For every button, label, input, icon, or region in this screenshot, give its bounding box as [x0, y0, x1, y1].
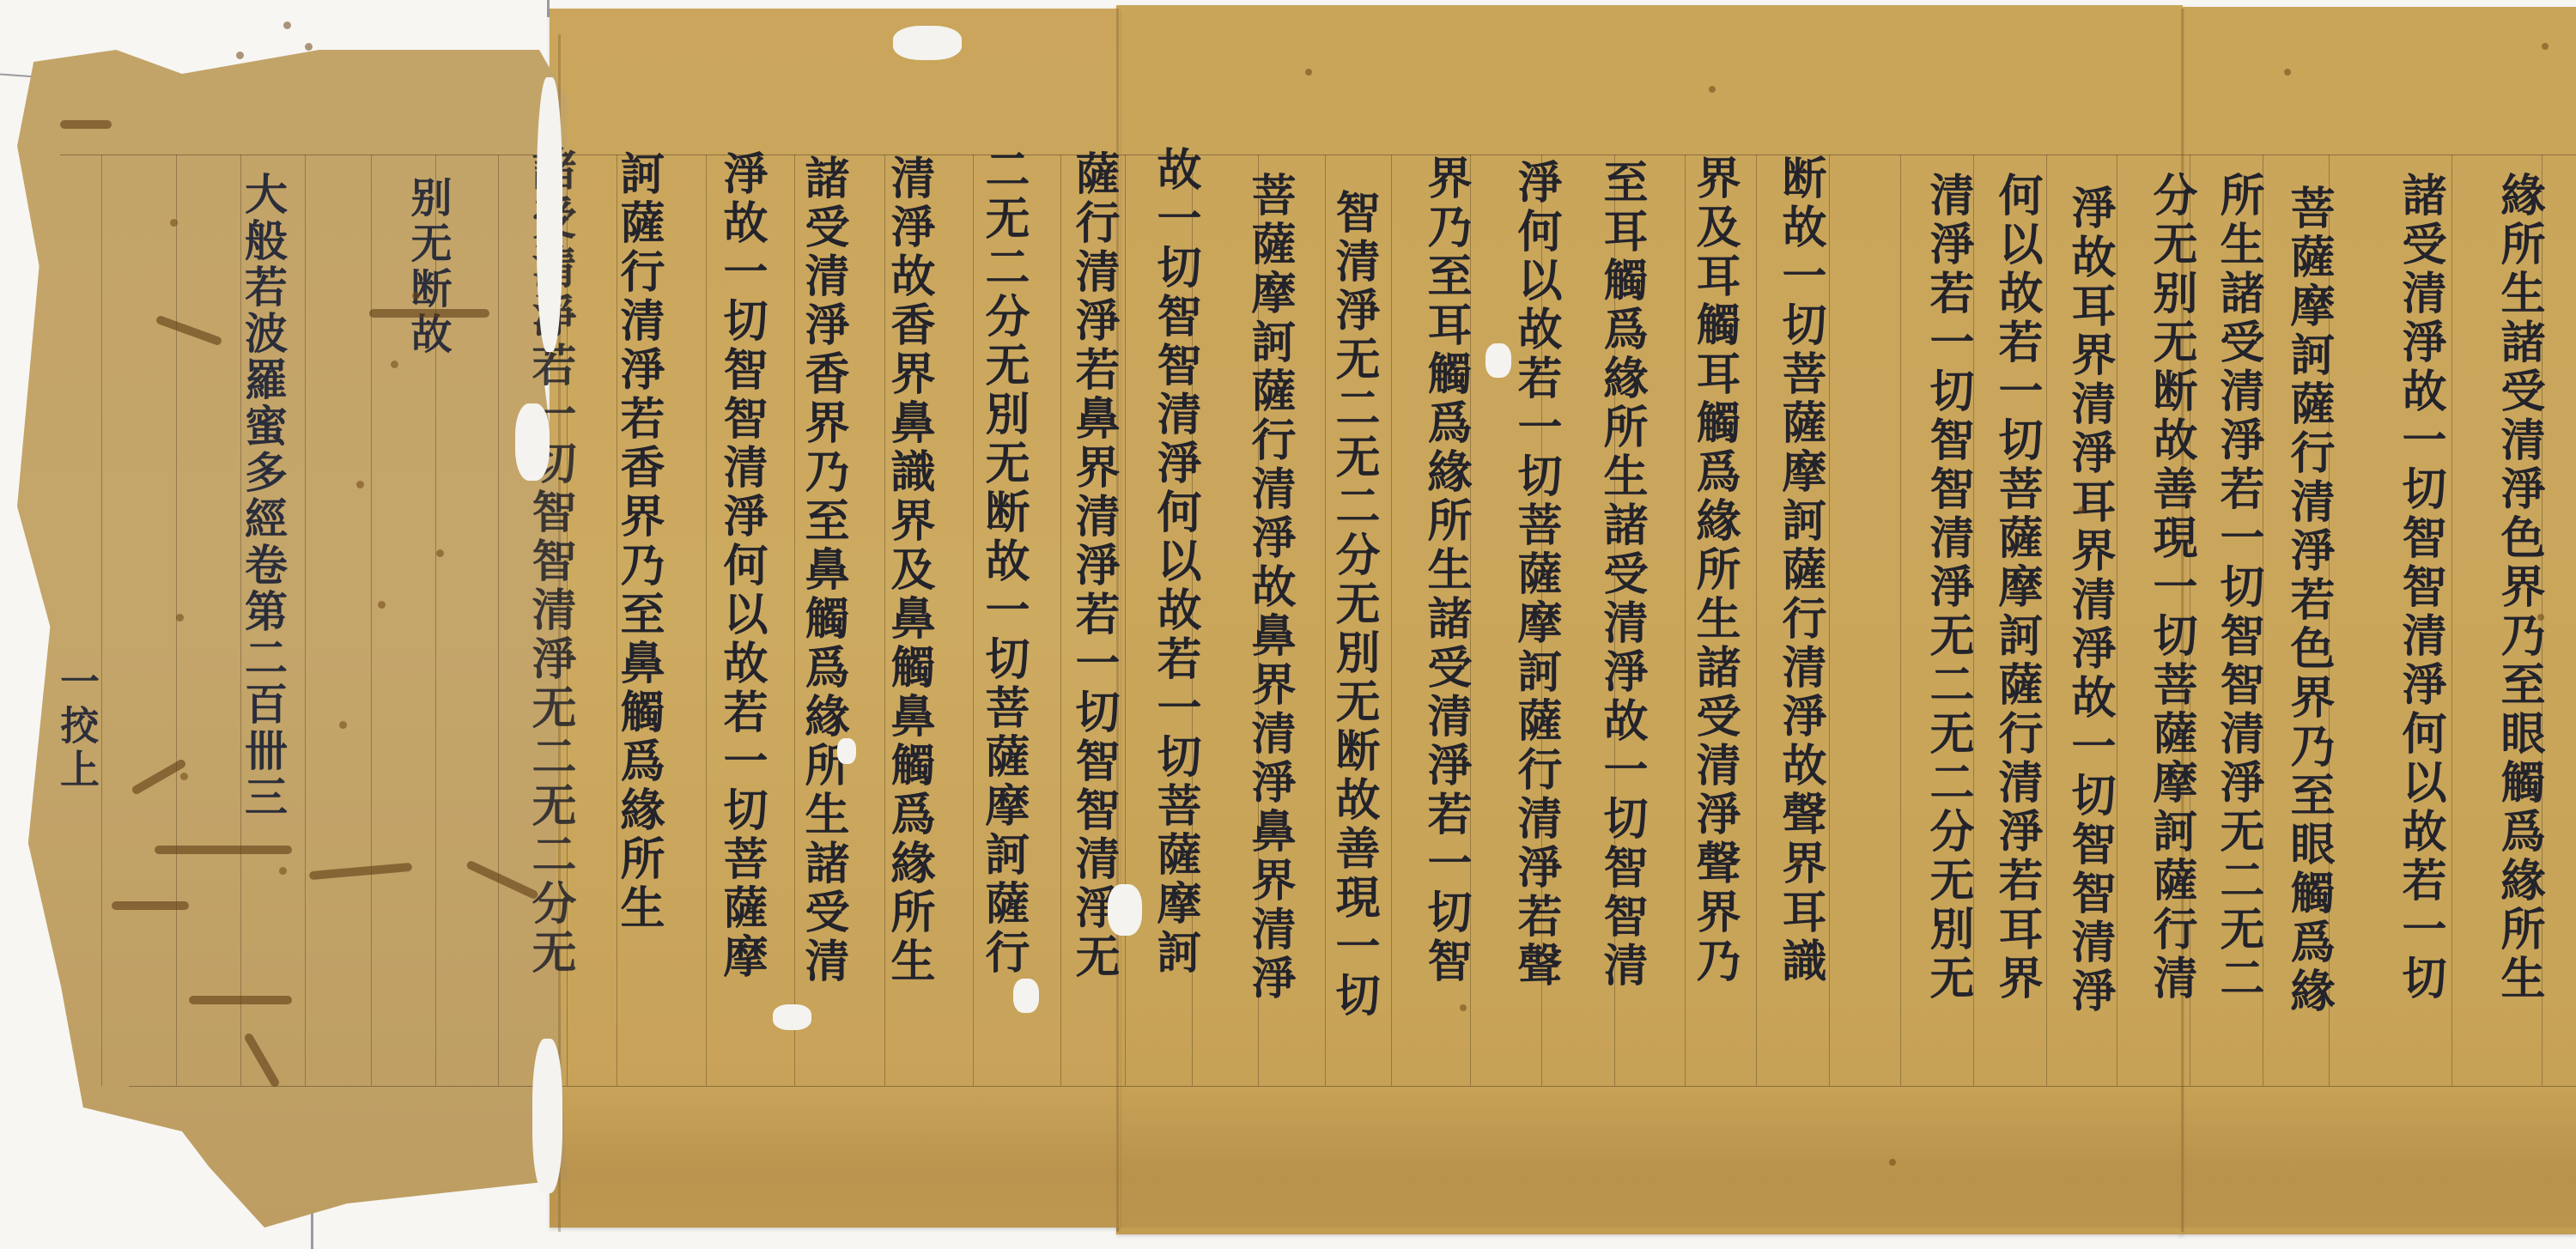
stain-dot — [236, 52, 244, 59]
column-ruling — [706, 155, 707, 1086]
column-ruling — [2046, 155, 2047, 1086]
stain-dot — [283, 21, 291, 29]
sutra-title: 大般若波羅蜜多經卷第二百卌三 — [239, 172, 287, 821]
column-ruling — [498, 155, 499, 1086]
top-ruling — [60, 155, 2576, 155]
column-ruling — [2117, 155, 2117, 1086]
bottom-ruling — [129, 1086, 2576, 1087]
stain-dot — [391, 361, 398, 368]
sutra-scroll: 大般若波羅蜜多經卷第二百卌三 别无断故 一挍上 緣所生諸受清淨色界乃至眼觸爲緣所… — [0, 0, 2576, 1249]
text-column-19: 清淨故香界鼻識界及鼻觸鼻觸爲緣所生 — [884, 155, 933, 986]
stain-dot — [339, 721, 347, 729]
text-column-14: 智清淨无二无二分无別无断故善現一切 — [1329, 189, 1377, 1021]
text-column-18: 二无二分无別无断故一切菩薩摩訶薩行 — [979, 146, 1027, 978]
text-column-1: 緣所生諸受清淨色界乃至眼觸爲緣所生 — [2494, 172, 2543, 1003]
text-column-11: 至耳觸爲緣所生諸受清淨故一切智智清 — [1597, 159, 1645, 991]
worm-hole — [532, 1039, 562, 1193]
column-ruling — [973, 155, 974, 1086]
column-ruling — [2451, 155, 2452, 1086]
text-column-6: 淨故耳界清淨耳界清淨故一切智智清淨 — [2065, 185, 2113, 1016]
collation-note: 一挍上 — [47, 661, 107, 792]
column-ruling — [371, 155, 372, 1086]
text-column-10: 界及耳觸耳觸爲緣所生諸受清淨聲界乃 — [1690, 155, 1738, 986]
stain-dot — [1795, 858, 1801, 865]
stain-dot — [356, 481, 364, 488]
worm-hole — [537, 77, 562, 352]
text-column-17: 薩行清淨若鼻界清淨若一切智智清淨无 — [1069, 150, 1117, 982]
insect-damage — [189, 996, 292, 1004]
text-column-5: 分无别无断故善現一切菩薩摩訶薩行清 — [2147, 172, 2195, 1003]
prior-line-ending: 别无断故 — [404, 176, 452, 358]
column-ruling — [1756, 155, 1757, 1086]
worm-hole — [837, 738, 856, 764]
stain-dot — [279, 867, 287, 875]
insect-damage — [112, 901, 189, 910]
column-ruling — [1685, 155, 1686, 1086]
column-ruling — [1125, 155, 1126, 1086]
stain-dot — [1709, 86, 1716, 93]
stain-dot — [2078, 506, 2085, 513]
worm-hole — [1108, 884, 1142, 936]
stain-dot — [1305, 69, 1312, 76]
stain-dot — [170, 219, 178, 227]
column-ruling — [794, 155, 795, 1086]
text-column-7: 何以故若一切菩薩摩訶薩行清淨若耳界 — [1992, 172, 2040, 1003]
column-ruling — [101, 155, 102, 1086]
stain-dot — [2537, 614, 2544, 621]
text-column-16: 故一切智智清淨何以故若一切菩薩摩訶 — [1151, 146, 1199, 978]
stain-dot — [176, 614, 184, 621]
stain-dot — [180, 773, 188, 780]
stain-dot — [2542, 43, 2549, 50]
text-column-13: 界乃至耳觸爲緣所生諸受清淨若一切智 — [1421, 155, 1469, 986]
text-column-2: 諸受清淨故一切智智清淨何以故若一切 — [2396, 172, 2444, 1003]
text-column-4: 所生諸受清淨若一切智智清淨无二无二 — [2214, 172, 2262, 1003]
stain-dot — [1460, 1004, 1467, 1011]
worm-hole — [893, 26, 962, 60]
text-column-12: 淨何以故若一切菩薩摩訶薩行清淨若聲 — [1511, 159, 1559, 991]
column-ruling — [1391, 155, 1392, 1086]
text-column-3: 菩薩摩訶薩行清淨若色界乃至眼觸爲緣 — [2284, 185, 2332, 1016]
column-ruling — [305, 155, 306, 1086]
text-column-8: 清淨若一切智智清淨无二无二分无別无 — [1923, 172, 1971, 1003]
stain-dot — [412, 292, 420, 300]
text-column-20: 諸受清淨香界乃至鼻觸爲緣所生諸受清 — [799, 155, 847, 986]
cover-sheet — [17, 26, 567, 1228]
text-column-15: 菩薩摩訶薩行清淨故鼻界清淨鼻界清淨 — [1245, 172, 1293, 1003]
stain-dot — [1889, 1159, 1896, 1166]
insect-damage — [369, 309, 489, 318]
insect-damage — [155, 846, 292, 854]
stain-dot — [2284, 69, 2291, 76]
stain-dot — [378, 601, 386, 609]
stain-dot — [436, 549, 444, 557]
worm-hole — [1485, 343, 1511, 378]
stain-dot — [305, 43, 313, 51]
column-ruling — [1325, 155, 1326, 1086]
worm-hole — [773, 1004, 811, 1030]
worm-hole — [515, 403, 550, 481]
worm-hole — [1013, 979, 1039, 1013]
column-ruling — [1060, 155, 1061, 1086]
column-ruling — [1900, 155, 1901, 1086]
insect-damage — [60, 120, 112, 129]
text-column-21: 淨故一切智智清淨何以故若一切菩薩摩 — [717, 150, 765, 982]
column-ruling — [1829, 155, 1830, 1086]
text-column-22: 訶薩行清淨若香界乃至鼻觸爲緣所生 — [614, 150, 662, 933]
